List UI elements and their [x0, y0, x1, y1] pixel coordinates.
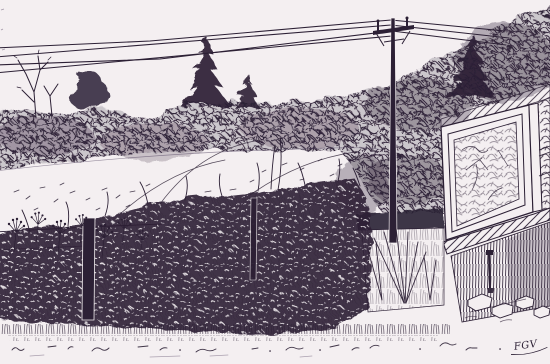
greenhouse [441, 84, 550, 322]
ink-landscape-drawing: FGV [0, 0, 550, 364]
fence-post-large [82, 218, 95, 320]
grass-fringe-lower [8, 335, 438, 341]
grass-fringe [0, 324, 450, 334]
fence-post-small [250, 198, 257, 280]
